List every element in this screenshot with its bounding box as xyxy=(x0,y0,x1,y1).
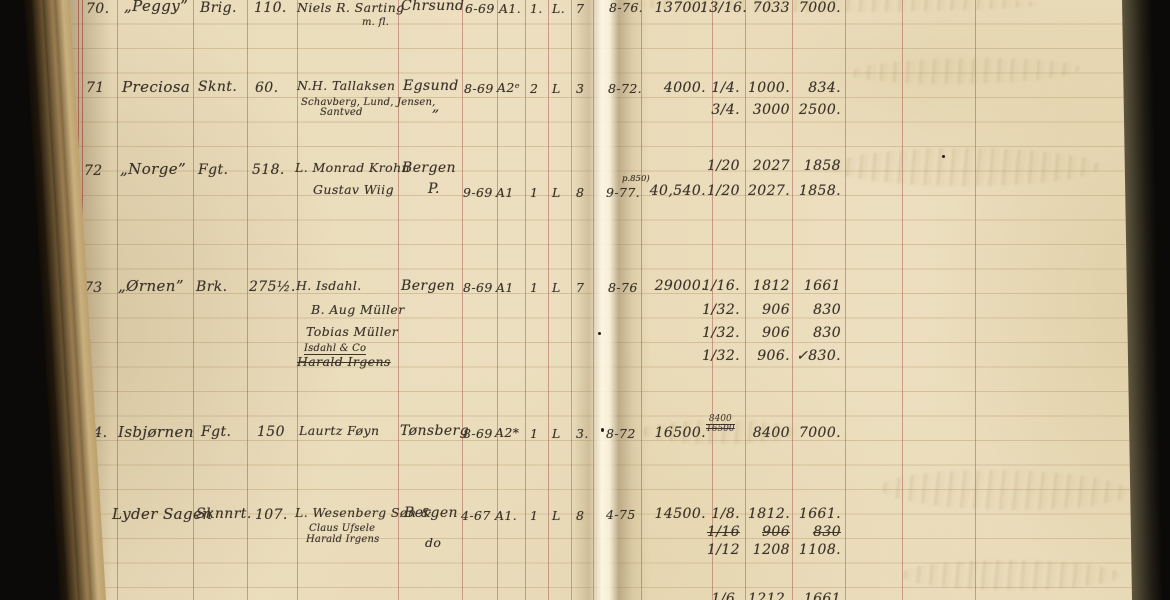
survey-date: 8-69 xyxy=(463,426,493,441)
share-amount-struck: 830 xyxy=(793,524,841,540)
home-port: Bergen xyxy=(402,160,456,176)
owner: Laurtz Føyn xyxy=(299,423,379,438)
tonnage: 275½. xyxy=(249,279,296,295)
class-mark: A1. xyxy=(495,508,517,523)
column-rule xyxy=(745,0,746,600)
class-mark: A2ᵉ xyxy=(497,80,520,95)
class-mark: A1 xyxy=(496,185,514,200)
class-mark: A1 xyxy=(496,280,514,295)
share-amount: 2027. xyxy=(748,183,790,199)
class-letter: L xyxy=(552,426,561,441)
owner: Niels R. Sarting xyxy=(297,0,405,15)
ship-name: „Norge” xyxy=(120,160,186,178)
class-number: 7 xyxy=(576,280,584,295)
bleedthrough-smudge xyxy=(850,56,1080,86)
ship-name: „Ørnen” xyxy=(118,277,184,295)
class-letter: L xyxy=(552,81,561,96)
share-amount: 1812. xyxy=(748,506,790,522)
column-rule xyxy=(571,0,572,600)
ship-name: „Peggy” xyxy=(124,0,188,15)
bleedthrough-smudge xyxy=(900,560,1120,590)
ship-name: Preciosa xyxy=(122,78,190,96)
share-amount: 906 xyxy=(748,325,790,341)
class-mark: A1. xyxy=(499,1,521,16)
share-amount: 1661 xyxy=(793,278,841,294)
class-number: 2 xyxy=(530,81,538,96)
share-amount: 1212. xyxy=(748,591,790,600)
column-rule xyxy=(593,0,594,600)
class-number: 1 xyxy=(530,280,538,295)
ink-speck xyxy=(942,155,945,158)
home-port: Bergen xyxy=(404,505,458,521)
share-fraction: 1/32. xyxy=(700,302,740,318)
class-number: 3 xyxy=(576,81,584,96)
share-fraction: 1/32. xyxy=(700,348,740,364)
tonnage: 150 xyxy=(257,424,285,440)
ditto-mark: do xyxy=(425,535,441,550)
survey-date: 8-69 xyxy=(464,81,494,96)
share-amount: 906. xyxy=(748,348,790,364)
home-port: Egsund xyxy=(403,78,459,94)
owner: N.H. Tallaksen xyxy=(297,78,395,93)
survey-date: 9-69 xyxy=(463,185,493,200)
share-amount: 906 xyxy=(748,302,790,318)
share-amount: 1108. xyxy=(793,542,841,558)
share-amount: 1000. xyxy=(748,80,790,96)
class-letter: L xyxy=(552,508,561,523)
share-amount: 1661 xyxy=(793,591,841,600)
bleedthrough-smudge xyxy=(880,468,1131,512)
share-amount: 3000 xyxy=(748,102,790,118)
share-amount-struck: 906 xyxy=(748,524,790,540)
home-port: Bergen xyxy=(401,278,455,294)
share-fraction: 1/4. xyxy=(700,80,740,96)
column-rule xyxy=(902,0,903,600)
share-amount: 1858. xyxy=(793,183,841,199)
tonnage: 60. xyxy=(255,80,278,96)
share-amount: 8400 xyxy=(748,425,790,441)
tonnage: 110. xyxy=(254,0,287,16)
home-port: Tønsberg xyxy=(400,423,469,439)
share-fraction: 1/20 xyxy=(700,183,740,199)
entry-number: 72 xyxy=(84,163,103,179)
tonnage: 107. xyxy=(255,507,288,523)
flourish-mark: P. xyxy=(428,181,440,197)
share-amount: 1208 xyxy=(748,542,790,558)
class-number: 1 xyxy=(530,185,538,200)
share-amount: 2500. xyxy=(793,102,841,118)
owner: B. Aug Müller xyxy=(311,302,405,317)
value-amount: 4000. xyxy=(630,80,706,96)
ink-speck xyxy=(601,428,604,432)
owner: Tobias Müller xyxy=(306,324,398,339)
ledger-scan: 70. „Peggy” Brig. 110. Niels R. Sarting … xyxy=(0,0,1170,600)
share-fraction: 1/6. xyxy=(700,591,740,600)
value-correction: 8400 16500 xyxy=(706,415,735,434)
ledger-page: 70. „Peggy” Brig. 110. Niels R. Sarting … xyxy=(0,0,1170,600)
value-amount: 13700. xyxy=(630,0,706,16)
rig-type: Brk. xyxy=(196,279,228,295)
class-number: 8 xyxy=(576,508,584,523)
share-fraction: 1/8. xyxy=(700,506,740,522)
class-number: 1 xyxy=(530,508,538,523)
rig-type: Fgt. xyxy=(198,162,228,178)
share-amount: 834. xyxy=(793,80,841,96)
class-number: 7 xyxy=(576,1,584,16)
share-amount: 830 xyxy=(793,325,841,341)
owner: L. Monrad Krohn xyxy=(295,160,410,175)
rig-type: Sknnrt. xyxy=(196,506,252,522)
value-amount: 29000. xyxy=(630,278,706,294)
class-letter: L xyxy=(552,185,561,200)
owner: H. Isdahl. xyxy=(296,278,362,293)
rig-type: Brig. xyxy=(200,0,237,16)
share-amount: 1812 xyxy=(748,278,790,294)
class-number: 8 xyxy=(576,185,584,200)
home-port: Chrsund xyxy=(401,0,464,14)
value-amount: 16500. xyxy=(630,425,706,441)
share-amount: 7033 xyxy=(748,0,790,16)
column-rule xyxy=(975,0,976,600)
rig-type: Fgt. xyxy=(201,424,231,440)
class-number: 3. xyxy=(576,426,589,441)
class-number: 1. xyxy=(530,1,543,16)
owner: Claus Ufsele xyxy=(309,523,375,534)
ship-name: Isbjørnen xyxy=(118,423,194,441)
share-fraction: 1/32. xyxy=(700,325,740,341)
owner-struck: Harald Irgens xyxy=(297,354,391,369)
survey-date: 4-67 xyxy=(461,508,491,523)
share-amount: 2027 xyxy=(748,158,790,174)
share-amount: 7000. xyxy=(793,0,841,16)
value-amount: 14500. xyxy=(630,506,706,522)
entry-number: 71 xyxy=(86,80,105,96)
share-amount: 1661. xyxy=(793,506,841,522)
share-amount: 1858 xyxy=(793,158,841,174)
owner: Santved xyxy=(320,107,363,118)
column-rule xyxy=(525,0,526,600)
owner: Gustav Wiig xyxy=(313,182,394,197)
tonnage: 518. xyxy=(252,162,285,178)
correction-old: 16500 xyxy=(706,424,735,434)
survey-date: 8-69 xyxy=(463,280,493,295)
rig-type: Sknt. xyxy=(198,79,237,95)
owner: Harald Irgens xyxy=(306,534,379,545)
survey-date: 6-69 xyxy=(465,1,495,16)
class-number: 1 xyxy=(530,426,538,441)
share-fraction: 13/16. xyxy=(700,0,740,16)
column-rule xyxy=(548,0,549,600)
share-fraction-struck: 1/16 xyxy=(700,524,740,540)
class-letter: L xyxy=(552,280,561,295)
class-mark: A2* xyxy=(495,425,519,440)
owner-note: m. fl. xyxy=(362,17,389,28)
bleedthrough-smudge xyxy=(830,148,1100,186)
share-amount: 7000. xyxy=(793,425,841,441)
share-fraction: 1/16. xyxy=(700,278,740,294)
ditto-mark: „ xyxy=(432,99,440,115)
share-fraction: 1/20 xyxy=(700,158,740,174)
value-amount: 40,540. xyxy=(630,183,706,199)
entry-number: 70. xyxy=(86,1,109,17)
share-fraction: 1/12 xyxy=(700,542,740,558)
share-amount: 830 xyxy=(793,302,841,318)
class-letter: L. xyxy=(552,1,565,16)
share-amount: ✓830. xyxy=(793,348,841,364)
share-fraction: 3/4. xyxy=(700,102,740,118)
column-rule xyxy=(845,0,846,600)
ink-speck xyxy=(598,332,601,335)
